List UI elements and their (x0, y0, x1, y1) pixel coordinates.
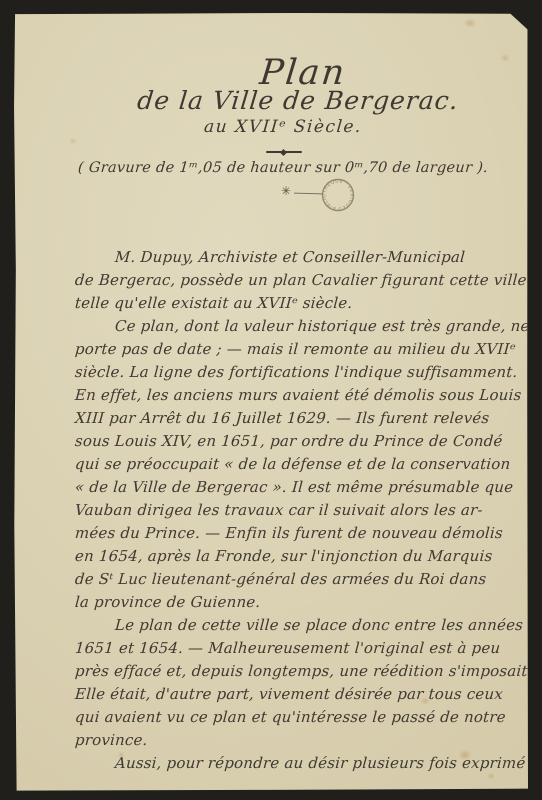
document-title-line2: de la Ville de Bergerac. (52, 87, 542, 115)
manuscript-line: qui avaient vu ce plan et qu'intéresse l… (74, 706, 522, 729)
manuscript-line: Le plan de cette ville se place donc ent… (74, 614, 522, 637)
manuscript-line: « de la Ville de Bergerac ». Il est même… (74, 476, 522, 499)
manuscript-body: M. Dupuy, Archiviste et Conseiller-Munic… (75, 246, 521, 775)
manuscript-line: 1651 et 1654. — Malheureusement l'origin… (74, 637, 522, 660)
manuscript-line: Vauban dirigea les travaux car il suivai… (74, 499, 522, 522)
manuscript-line: en 1654, après la Fronde, sur l'injoncti… (74, 545, 522, 568)
manuscript-line: Elle était, d'autre part, vivement désir… (74, 683, 522, 706)
manuscript-line: sous Louis XIV, en 1651, par ordre du Pr… (74, 430, 522, 453)
manuscript-line: qui se préoccupait « de la défense et de… (74, 453, 522, 476)
manuscript-line: près effacé et, depuis longtemps, une ré… (74, 660, 522, 683)
manuscript-line: porte pas de date ; — mais il remonte au… (74, 338, 522, 361)
library-stamp-icon: BIBLIOTHÈQUE · PÉRIGUEUX · (318, 175, 358, 215)
manuscript-line: telle qu'elle existait au XVIIᵉ siècle. (74, 292, 522, 315)
manuscript-paper: Plan de la Ville de Bergerac. au XVIIᵉ S… (13, 13, 528, 791)
manuscript-line: XIII par Arrêt du 16 Juillet 1629. — Ils… (74, 407, 522, 430)
scan-background: Plan de la Ville de Bergerac. au XVIIᵉ S… (0, 0, 542, 800)
manuscript-line: En effet, les anciens murs avaient été d… (74, 384, 522, 407)
manuscript-line: la province de Guienne. (74, 591, 522, 614)
manuscript-line: Ce plan, dont la valeur historique est t… (74, 315, 522, 338)
manuscript-line: M. Dupuy, Archiviste et Conseiller-Munic… (74, 246, 522, 269)
manuscript-line: mées du Prince. — Enfin ils furent de no… (74, 522, 522, 545)
manuscript-line: de Bergerac, possède un plan Cavalier fi… (74, 269, 522, 292)
reference-asterisk-icon: ✳ (281, 184, 291, 198)
manuscript-line: siècle. La ligne des fortifications l'in… (74, 361, 522, 384)
document-title-line3: au XVIIᵉ Siècle. (32, 117, 534, 137)
manuscript-line: de Sᵗ Luc lieutenant-général des armées … (74, 568, 522, 591)
title-divider (266, 151, 302, 153)
library-stamp-text: BIBLIOTHÈQUE · PÉRIGUEUX · (318, 175, 356, 212)
manuscript-line: province. (74, 729, 522, 752)
svg-text:BIBLIOTHÈQUE · PÉRIGUEUX ·: BIBLIOTHÈQUE · PÉRIGUEUX · (318, 175, 356, 212)
engraving-dimensions-note: ( Gravure de 1ᵐ,05 de hauteur sur 0ᵐ,70 … (52, 160, 513, 176)
manuscript-line: Aussi, pour répondre au désir plusieurs … (74, 752, 522, 775)
